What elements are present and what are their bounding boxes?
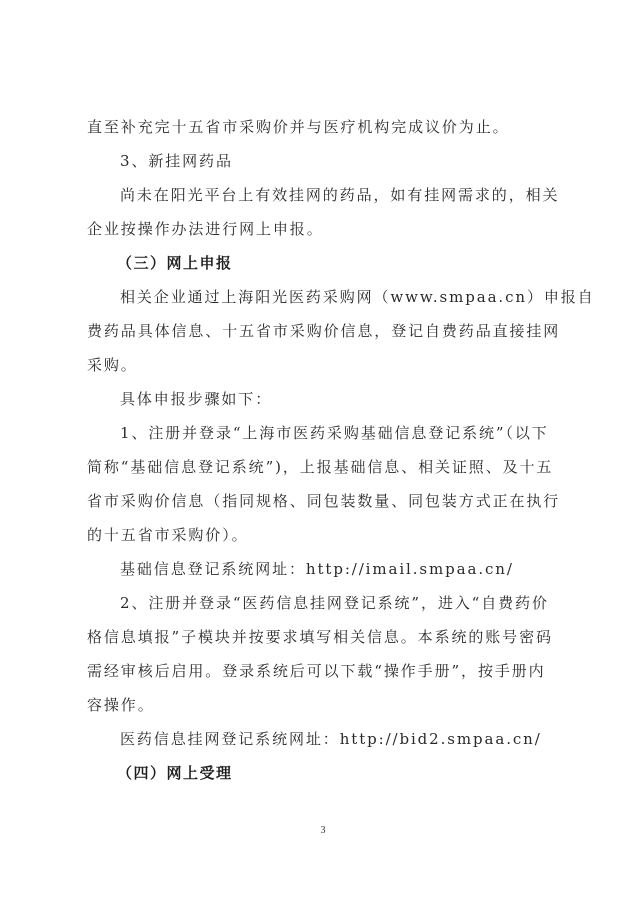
- document-body: 直至补充完十五省市采购价并与医疗机构完成议价为止。 3、新挂网药品 尚未在阳光平…: [87, 110, 563, 790]
- paragraph-line: 尚未在阳光平台上有效挂网的药品，如有挂网需求的，相关: [87, 178, 563, 212]
- paragraph-line: 直至补充完十五省市采购价并与医疗机构完成议价为止。: [87, 110, 563, 144]
- paragraph-line: 具体申报步骤如下：: [87, 382, 563, 416]
- paragraph-line: 企业按操作办法进行网上申报。: [87, 212, 563, 246]
- paragraph-line: 简称“基础信息登记系统”)，上报基础信息、相关证照、及十五: [87, 450, 563, 484]
- subsection-title-new-listing: 3、新挂网药品: [87, 144, 563, 178]
- paragraph-line: 省市采购价信息（指同规格、同包装数量、同包装方式正在执行: [87, 484, 563, 518]
- paragraph-line: 格信息填报”子模块并按要求填写相关信息。本系统的账号密码: [87, 620, 563, 654]
- paragraph-line: 费药品具体信息、十五省市采购价信息，登记自费药品直接挂网: [87, 314, 563, 348]
- page-number: 3: [318, 825, 328, 836]
- section-heading-online-application: （三）网上申报: [87, 246, 563, 280]
- paragraph-line: 相关企业通过上海阳光医药采购网（www.smpaa.cn）申报自: [87, 280, 563, 314]
- section-heading-online-acceptance: （四）网上受理: [87, 756, 563, 790]
- step-2-line: 2、注册并登录“医药信息挂网登记系统”，进入“自费药价: [87, 586, 563, 620]
- paragraph-line: 的十五省市采购价）。: [87, 518, 563, 552]
- listing-system-url: 医药信息挂网登记系统网址：http://bid2.smpaa.cn/: [87, 722, 563, 756]
- step-1-line: 1、注册并登录“上海市医药采购基础信息登记系统”（以下: [87, 416, 563, 450]
- basic-info-system-url: 基础信息登记系统网址：http://imail.smpaa.cn/: [87, 552, 563, 586]
- paragraph-line: 采购。: [87, 348, 563, 382]
- paragraph-line: 容操作。: [87, 688, 563, 722]
- document-page: 直至补充完十五省市采购价并与医疗机构完成议价为止。 3、新挂网药品 尚未在阳光平…: [0, 0, 640, 905]
- paragraph-line: 需经审核后启用。登录系统后可以下载“操作手册”，按手册内: [87, 654, 563, 688]
